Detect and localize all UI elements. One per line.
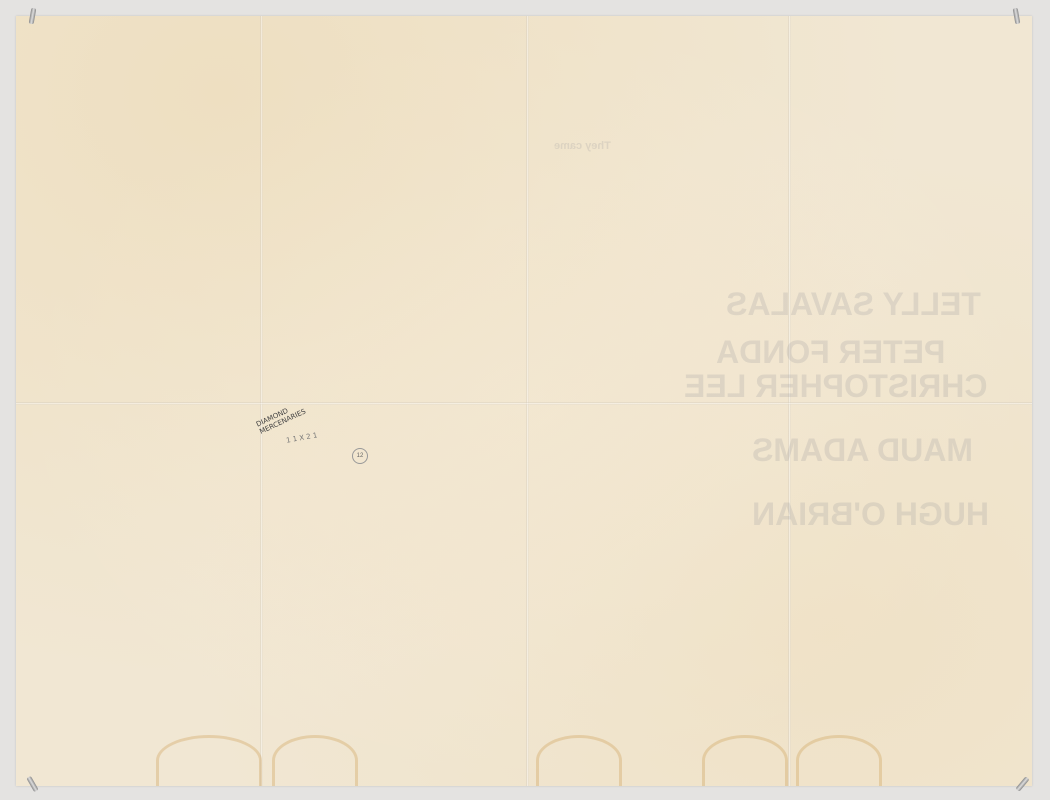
poster-back: TELLY SAVALAS PETER FONDA CHRISTOPHER LE… — [16, 16, 1032, 786]
ghost-text-3: CHRISTOPHER LEE — [684, 368, 987, 405]
vertical-fold-1 — [260, 16, 263, 786]
water-stain-3 — [536, 735, 622, 786]
note-size: 1 1 X 2 1 — [286, 431, 318, 444]
water-stain-5 — [796, 735, 882, 786]
ghost-text-4: MAUD ADAMS — [752, 432, 973, 469]
water-stain-1 — [156, 735, 262, 786]
ghost-text-5: HUGH O'BRIAN — [752, 496, 989, 533]
water-stain-4 — [702, 735, 788, 786]
vertical-fold-2 — [526, 16, 529, 786]
ghost-text-1: TELLY SAVALAS — [726, 286, 981, 323]
circled-number: 12 — [352, 448, 368, 464]
ghost-tagline: They came — [554, 140, 611, 152]
water-stain-2 — [272, 735, 358, 786]
ghost-text-2: PETER FONDA — [716, 334, 945, 371]
